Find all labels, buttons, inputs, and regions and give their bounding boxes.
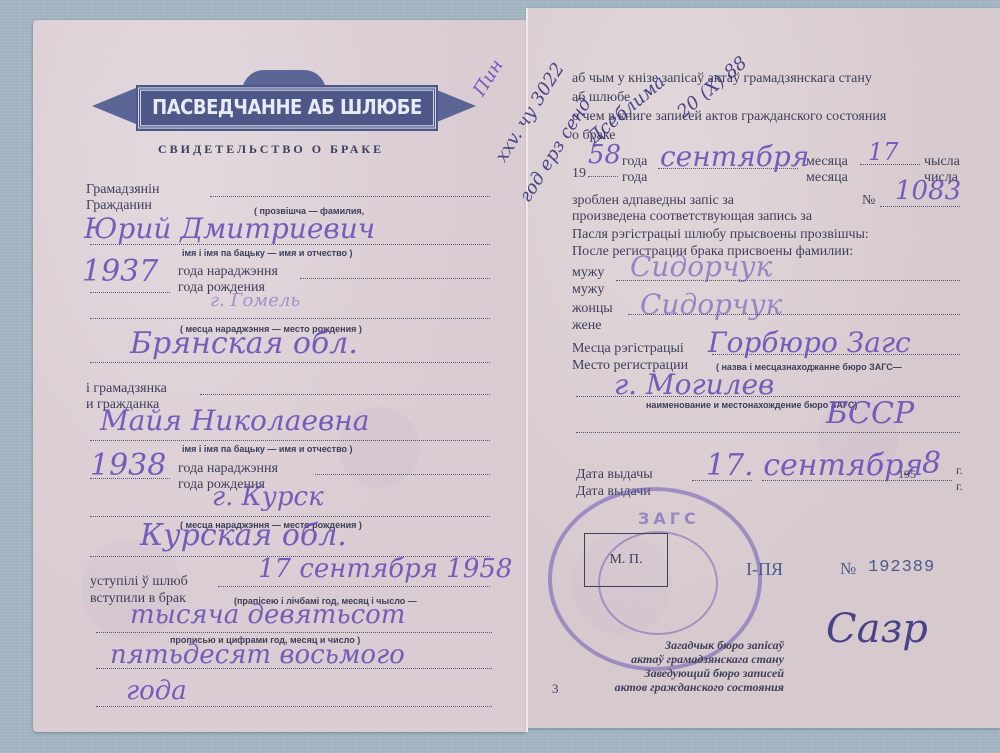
marriage-date-words-line1: тысяча девятьсот — [130, 600, 405, 630]
reg-place-line3: БССР — [826, 396, 914, 431]
name-hint: імя і імя па бацьку — имя и отчество ) — [182, 248, 353, 258]
wife-birth-year-label-by: года нараджэння — [178, 462, 278, 476]
record-number: 1083 — [895, 176, 961, 206]
wife-surname: Сидорчук — [640, 288, 782, 321]
issue-year-handwritten: 8 — [922, 446, 941, 481]
title-belarusian: ПАСВЕДЧАННЕ АБ ШЛЮБЕ — [138, 87, 436, 128]
wife-birthplace-line1: г. Курск — [212, 482, 324, 512]
marriage-date-words-line3: года — [126, 676, 187, 706]
head-title: Загадчык бюро запісаў актаў грамадзянска… — [600, 638, 784, 694]
seal-placeholder-box: М. П. — [584, 533, 668, 587]
year-suffix-by: г. — [956, 464, 963, 476]
husband-label-by: мужу — [572, 266, 604, 280]
citizeness-label-by: і грамадзянка — [86, 382, 167, 396]
husband-birthplace-line1: г. Гомель — [210, 290, 300, 311]
wife-name-hint: імя і імя па бацьку — имя и отчество ) — [182, 444, 353, 454]
serial-number: 192389 — [868, 558, 935, 577]
husband-birth-year: 1937 — [82, 254, 158, 289]
husband-birthplace-line2: Брянская обл. — [130, 326, 358, 361]
wife-label-by: жонцы — [572, 302, 613, 316]
year-prefix: 19 — [572, 167, 586, 181]
husband-surname: Сидорчук — [630, 250, 772, 283]
issue-date: 17. сентября — [706, 448, 923, 483]
issue-date-label-by: Дата выдачы — [576, 468, 653, 482]
year-handwritten: 58 — [588, 140, 621, 170]
signature: Сазр — [826, 606, 928, 652]
number-sign: № — [862, 194, 875, 208]
year-label-ru: года — [622, 171, 647, 185]
year-label-by: года — [622, 155, 647, 169]
month-label-ru: месяца — [806, 171, 848, 185]
birth-year-label-by: года нараджэння — [178, 265, 278, 279]
married-label-by: уступілі ў шлюб — [90, 575, 188, 589]
issue-year-prefix: 195 — [898, 468, 916, 480]
series: I-ПЯ — [746, 560, 783, 578]
marriage-date-words-line2: пятьдесят восьмого — [110, 640, 405, 670]
day-label-by: чысла — [924, 155, 960, 169]
citizen-label-by: Грамадзянін — [86, 183, 160, 197]
citizen-label-ru: Гражданин — [86, 199, 152, 213]
husband-name: Юрий Дмитриевич — [84, 212, 375, 245]
wife-label-ru: жене — [572, 319, 601, 333]
after-reg-by: Пасля рэгістрацыі шлюбу прысвоены прозві… — [572, 228, 869, 242]
month-label-by: месяца — [806, 155, 848, 169]
record-made-by: зроблен адпаведны запіс за — [572, 194, 734, 208]
serial-sign: № — [840, 560, 856, 577]
banner-right-ornament-icon — [432, 88, 476, 124]
marriage-date: 17 сентября 1958 — [258, 554, 512, 584]
husband-label-ru: мужу — [572, 283, 604, 297]
wife-birthplace-line2: Курская обл. — [140, 518, 347, 553]
title-russian: СВИДЕТЕЛЬСТВО О БРАКЕ — [158, 142, 384, 157]
banner-left-ornament-icon — [92, 88, 136, 124]
page-number: 3 — [552, 682, 559, 695]
year-suffix-ru: г. — [956, 480, 963, 492]
wife-name: Майя Николаевна — [100, 404, 369, 437]
title-banner: ПАСВЕДЧАННЕ АБ ШЛЮБЕ — [92, 70, 476, 136]
reg-place-label-by: Месца рэгістрацыі — [572, 342, 684, 356]
day-handwritten: 17 — [868, 138, 899, 166]
record-made-ru: произведена соответствующая запись за — [572, 210, 812, 224]
